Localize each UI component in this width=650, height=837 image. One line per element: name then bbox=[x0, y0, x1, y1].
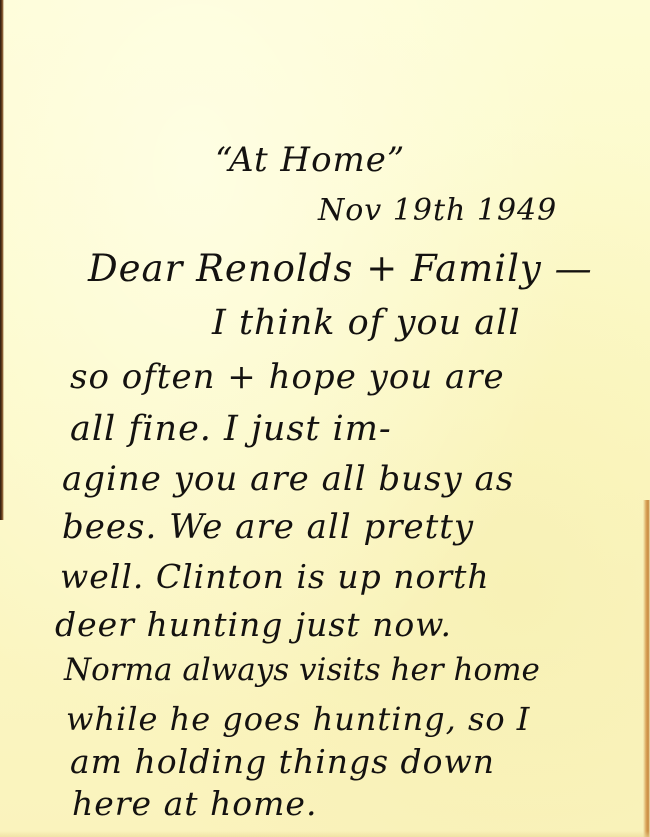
letter-line-11: here at home. bbox=[72, 787, 317, 820]
letter-line-9: while he goes hunting, so I bbox=[66, 703, 530, 735]
letter-line-7: deer hunting just now. bbox=[55, 608, 452, 641]
salutation: Dear Renolds + Family — bbox=[88, 250, 593, 287]
letter-line-1: I think of you all bbox=[212, 306, 521, 341]
paper-left-edge bbox=[0, 0, 4, 520]
paper-right-edge-stain bbox=[643, 500, 650, 837]
letter-line-2: so often + hope you are bbox=[70, 360, 505, 394]
letter-date: Nov 19th 1949 bbox=[318, 196, 557, 226]
letter-line-4: agine you are all busy as bbox=[62, 462, 514, 496]
paper-bottom-edge bbox=[0, 831, 650, 837]
letter-line-8: Norma always visits her home bbox=[64, 655, 540, 686]
letter-line-3: all fine. I just im- bbox=[70, 412, 392, 447]
letter-page: “At Home” Nov 19th 1949 Dear Renolds + F… bbox=[0, 0, 650, 837]
letter-line-10: am holding things down bbox=[70, 745, 495, 778]
letter-line-5: bees. We are all pretty bbox=[62, 510, 474, 544]
letter-heading: “At Home” bbox=[215, 143, 405, 177]
letter-line-6: well. Clinton is up north bbox=[60, 560, 490, 593]
